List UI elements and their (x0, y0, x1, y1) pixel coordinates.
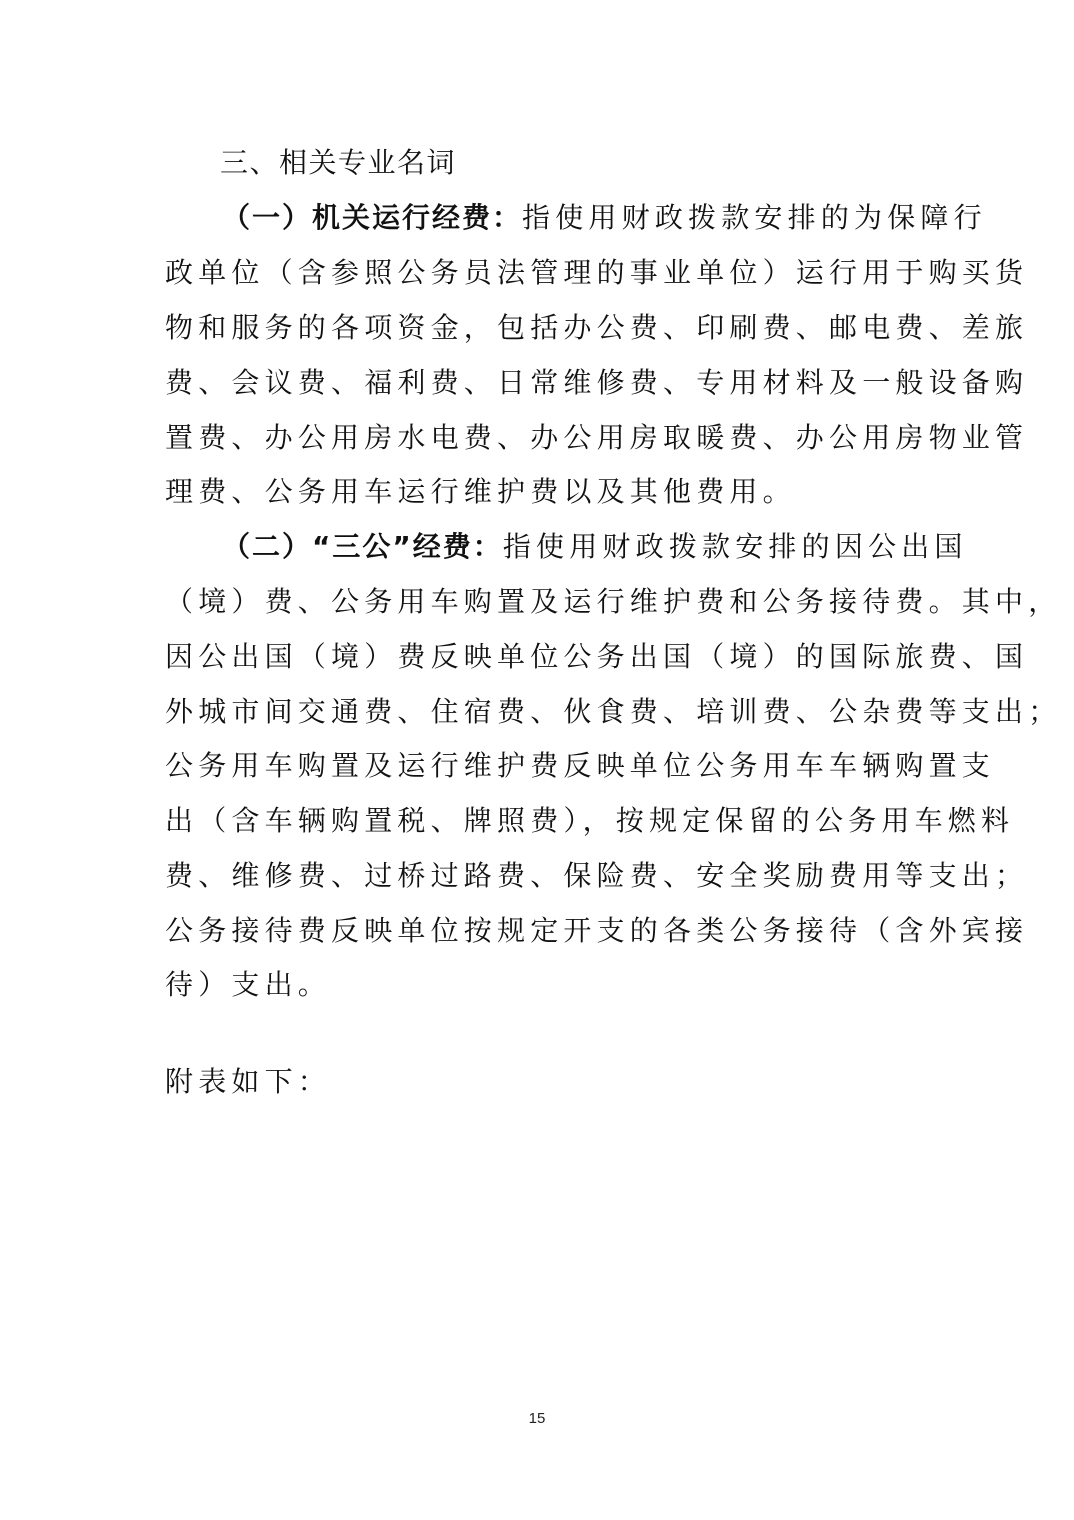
term-2-first-line: （二）“三公”经费：指使用财政拨款安排的因公出国 (222, 527, 968, 567)
term-2-label: （二）“三公”经费： (222, 530, 503, 563)
term-2-line: 公务接待费反映单位按规定开支的各类公务接待（含外宾接 (165, 911, 911, 951)
term-1-label: （一）机关运行经费： (222, 201, 522, 234)
term-1-line: 政单位（含参照公务员法管理的事业单位）运行用于购买货 (165, 253, 911, 293)
term-1-line: 物和服务的各项资金，包括办公费、印刷费、邮电费、差旅 (165, 308, 911, 348)
term-2-line: （境）费、公务用车购置及运行维护费和公务接待费。其中， (165, 582, 911, 622)
term-1-line: 理费、公务用车运行维护费以及其他费用。 (165, 472, 911, 512)
term-1-line: 置费、办公用房水电费、办公用房取暖费、办公用房物业管 (165, 418, 911, 458)
term-2-line: 公务用车购置及运行维护费反映单位公务用车车辆购置支 (165, 746, 911, 786)
page-number: 15 (0, 1410, 1074, 1427)
section-heading: 三、相关专业名词 (220, 143, 966, 183)
term-2-line: 因公出国（境）费反映单位公务出国（境）的国际旅费、国 (165, 637, 911, 677)
term-1-line: 费、会议费、福利费、日常维修费、专用材料及一般设备购 (165, 363, 911, 403)
term-2-line: 出（含车辆购置税、牌照费），按规定保留的公务用车燃料 (165, 801, 911, 841)
term-2-text: 指使用财政拨款安排的因公出国 (503, 530, 968, 563)
appendix-note: 附表如下： (165, 1062, 911, 1102)
term-2-line: 费、维修费、过桥过路费、保险费、安全奖励费用等支出； (165, 856, 911, 896)
term-2-line: 待）支出。 (165, 965, 911, 1005)
document-page: 三、相关专业名词 （一）机关运行经费：指使用财政拨款安排的为保障行 政单位（含参… (0, 0, 1074, 1520)
term-2-line: 外城市间交通费、住宿费、伙食费、培训费、公杂费等支出； (165, 692, 911, 732)
term-1-text: 指使用财政拨款安排的为保障行 (522, 201, 987, 234)
term-1-first-line: （一）机关运行经费：指使用财政拨款安排的为保障行 (222, 198, 968, 238)
